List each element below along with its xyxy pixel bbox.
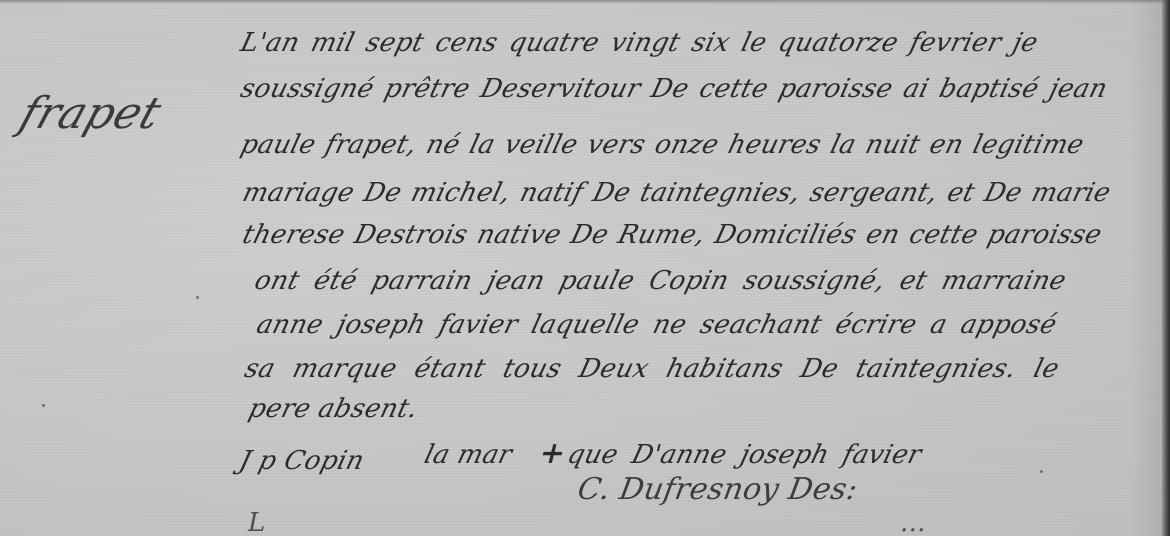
paper-speck [196,296,199,299]
next-entry-initial: L [248,508,266,536]
margin-name: frapet [14,88,168,139]
record-line-8: sa marque étant tous Deux habitans De ta… [242,356,1062,382]
record-line-5: therese Destrois native De Rume, Domicil… [240,222,1104,248]
godfather-signature: J p Copin [236,446,367,476]
document-scan: frapet L'an mil sept cens quatre vingt s… [0,0,1170,536]
record-line-2: soussigné prêtre Deservitour De cette pa… [238,76,1110,102]
paper-speck [42,404,45,407]
record-line-9: pere absent. [246,396,421,422]
godmother-mark-prefix: la mar [421,440,515,470]
next-entry-fragment: ... [900,508,926,536]
record-line-6: ont été parrain jean paule Copin soussig… [252,268,1069,294]
record-line-3: paule frapet, né la veille vers onze heu… [238,132,1087,158]
record-line-4: mariage De michel, natif De taintegnies,… [240,180,1113,206]
page-right-edge [1160,0,1170,536]
clergy-signature: C. Dufresnoy Des: [575,472,860,507]
page-top-edge [0,0,1170,4]
page-fold-shadow [1130,0,1160,536]
record-line-1: L'an mil sept cens quatre vingt six le q… [238,30,1041,56]
paper-speck [1040,470,1043,473]
godmother-mark-suffix: que D'anne joseph favier [564,440,924,470]
record-line-7: anne joseph favier laquelle ne seachant … [254,312,1059,338]
